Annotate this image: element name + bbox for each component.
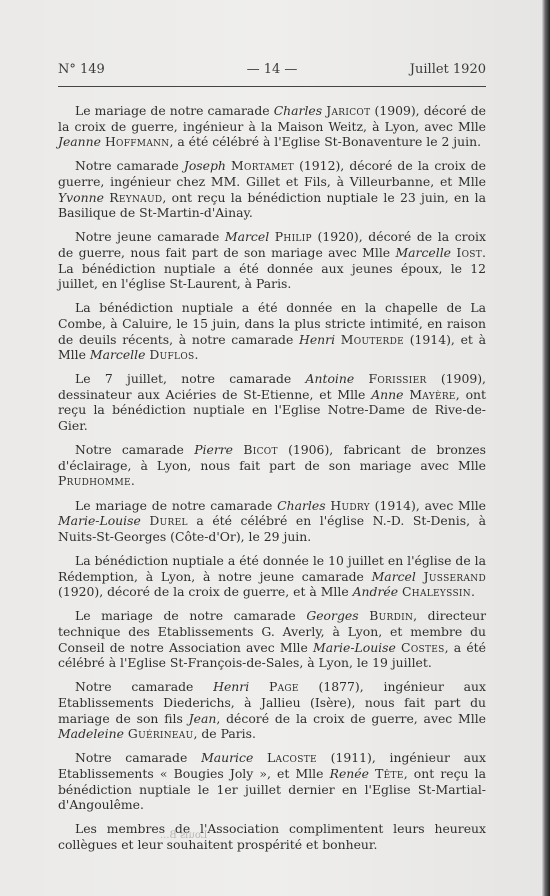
given-name: Marie-Louise (58, 513, 141, 528)
surname: Chaleyssin (402, 584, 471, 599)
text-run (233, 442, 243, 457)
text-run: , décoré de la croix de guerre, avec Mll… (216, 711, 486, 726)
issue-date: Juillet 1920 (410, 62, 486, 77)
text-run: . (131, 473, 135, 488)
surname: Mortamet (231, 158, 294, 173)
surname: Bicot (243, 442, 277, 457)
given-name: Antoine (306, 371, 355, 386)
paragraph: Le mariage de notre camarade Charles Jar… (58, 103, 486, 150)
text-run: . (194, 347, 198, 362)
given-name: Joseph (184, 158, 226, 173)
surname: Jaricot (326, 103, 370, 118)
paragraph: Notre camarade Maurice Lacoste (1911), i… (58, 750, 486, 812)
text-run: . (471, 584, 475, 599)
surname: Mayère (409, 387, 455, 402)
text-run: (1920), décoré de la croix de guerre, et… (58, 584, 353, 599)
text-run: Le 7 juillet, notre camarade (75, 371, 306, 386)
given-name: Charles (277, 498, 325, 513)
text-run: Le mariage de notre camarade (75, 498, 277, 513)
text-run: Les membres de l'Association complimente… (58, 821, 486, 852)
surname: Philip (275, 229, 312, 244)
text-run: Notre camarade (75, 442, 194, 457)
paragraph: Notre camarade Henri Page (1877), ingéni… (58, 679, 486, 741)
given-name: Charles (274, 103, 322, 118)
text-run (359, 608, 370, 623)
page-header: N° 149 — 14 — Juillet 1920 (58, 62, 486, 84)
given-name: Jeanne (58, 134, 101, 149)
text-run: , de Paris. (194, 726, 256, 741)
given-name: Anne (371, 387, 403, 402)
text-run: Notre camarade (75, 750, 201, 765)
paragraph: La bénédiction nuptiale a été donnée le … (58, 553, 486, 600)
page-edge-shadow (542, 0, 550, 896)
given-name: Marcel (372, 569, 416, 584)
given-name: Maurice (201, 750, 253, 765)
paragraph: Le mariage de notre camarade Georges Bur… (58, 608, 486, 670)
given-name: Marcelle (90, 347, 146, 362)
header-rule (58, 86, 486, 87)
given-name: Henri (299, 332, 335, 347)
paragraph: Le 7 juillet, notre camarade Antoine For… (58, 371, 486, 433)
text-run: , a été célébré à l'Eglise St-Bonaventur… (169, 134, 481, 149)
given-name: Marie-Louise (313, 640, 396, 655)
text-run: Notre camarade (75, 679, 213, 694)
given-name: Andrée (353, 584, 398, 599)
surname: Hoffmann (105, 134, 170, 149)
given-name: Madeleine (58, 726, 124, 741)
surname: Jusserand (424, 569, 486, 584)
document-page: N° 149 — 14 — Juillet 1920 Le mariage de… (0, 0, 542, 896)
text-run: Le mariage de notre camarade (75, 103, 274, 118)
text-run: (1914), avec Mlle (370, 498, 486, 513)
surname: Costes (401, 640, 445, 655)
surname: Lacoste (267, 750, 317, 765)
surname: Durel (149, 513, 187, 528)
given-name: Georges (306, 608, 358, 623)
text-run (249, 679, 269, 694)
given-name: Marcelle (395, 245, 451, 260)
paragraph: Les membres de l'Association complimente… (58, 821, 486, 852)
surname: Burdin (369, 608, 413, 623)
surname: Iost (456, 245, 482, 260)
given-name: Renée (330, 766, 369, 781)
text-run (253, 750, 267, 765)
surname: Forissier (368, 371, 426, 386)
paragraph: La bénédiction nuptiale a été donnée en … (58, 300, 486, 362)
surname: Guérineau (128, 726, 194, 741)
text-run: Le mariage de notre camarade (75, 608, 306, 623)
paragraph: Notre camarade Joseph Mortamet (1912), d… (58, 158, 486, 220)
paragraph: Notre jeune camarade Marcel Philip (1920… (58, 229, 486, 291)
surname: Page (269, 679, 299, 694)
text-run: Notre camarade (75, 158, 184, 173)
text-run (354, 371, 368, 386)
surname: Tête (375, 766, 404, 781)
given-name: Jean (189, 711, 217, 726)
article-body: Le mariage de notre camarade Charles Jar… (58, 103, 486, 861)
given-name: Pierre (194, 442, 233, 457)
paragraph: Notre camarade Pierre Bicot (1906), fabr… (58, 442, 486, 489)
surname: Reynaud (109, 190, 162, 205)
surname: Mouterde (341, 332, 404, 347)
given-name: Yvonne (58, 190, 104, 205)
text-run: Notre jeune camarade (75, 229, 225, 244)
paragraph: Le mariage de notre camarade Charles Hud… (58, 498, 486, 545)
surname: Duflos (149, 347, 194, 362)
bleed-through-text: Louis B... (160, 830, 208, 841)
surname: Hudry (330, 498, 370, 513)
given-name: Henri (213, 679, 249, 694)
text-run (416, 569, 424, 584)
given-name: Marcel (225, 229, 269, 244)
surname: Prudhomme (58, 473, 131, 488)
